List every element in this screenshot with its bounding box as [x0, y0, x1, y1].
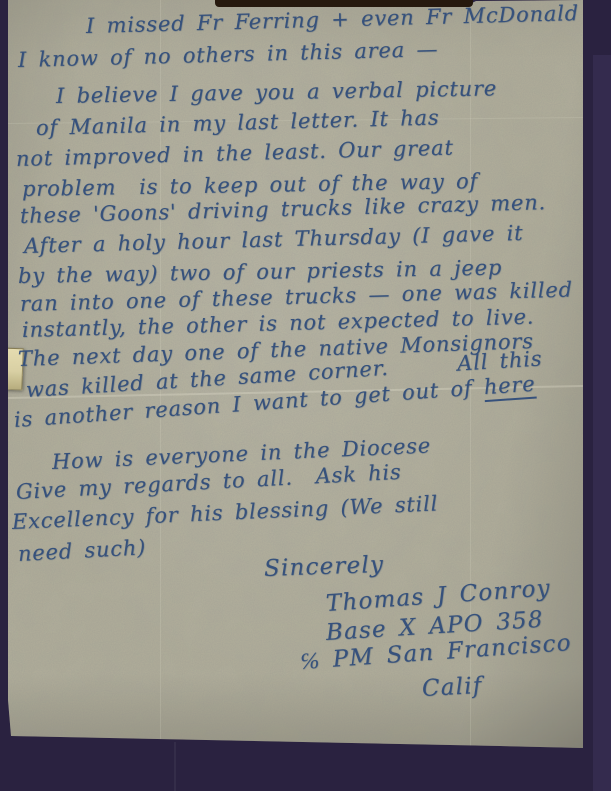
signature-address-text: Calif [421, 673, 483, 702]
letter-line: of Manila in my last letter. It has [36, 105, 440, 140]
letter-line: not improved in the least. Our great [16, 136, 454, 171]
letter-line-text: I believe I gave you a verbal picture [56, 76, 497, 108]
letter-line: I know of no others in this area — [18, 37, 439, 72]
letter-line-text: need such) [17, 535, 146, 566]
underlined-word: here [483, 372, 536, 403]
scanner-bed-seam [174, 742, 176, 791]
letter-line-text: not improved in the least. Our great [16, 136, 454, 171]
letter-line-text: I know of no others in this area — [18, 37, 439, 72]
closing-salutation: Sincerely [264, 552, 385, 582]
scan-background: I missed Fr Ferring + even Fr McDonald I… [0, 0, 611, 791]
letter-line: I believe I gave you a verbal picture [56, 76, 497, 108]
letter-line-text: of Manila in my last letter. It has [36, 105, 440, 140]
letter-line: need such) [17, 535, 146, 566]
letter-page: I missed Fr Ferring + even Fr McDonald I… [8, 0, 583, 748]
letter-line-text: After a holy hour last Thursday (I gave … [24, 221, 524, 258]
signature-address-line: Calif [421, 673, 483, 702]
scanner-bed-light-strip [593, 55, 611, 791]
closing-salutation-text: Sincerely [264, 552, 385, 582]
letter-line: After a holy hour last Thursday (I gave … [24, 221, 524, 258]
dark-edge-band [215, 0, 473, 7]
